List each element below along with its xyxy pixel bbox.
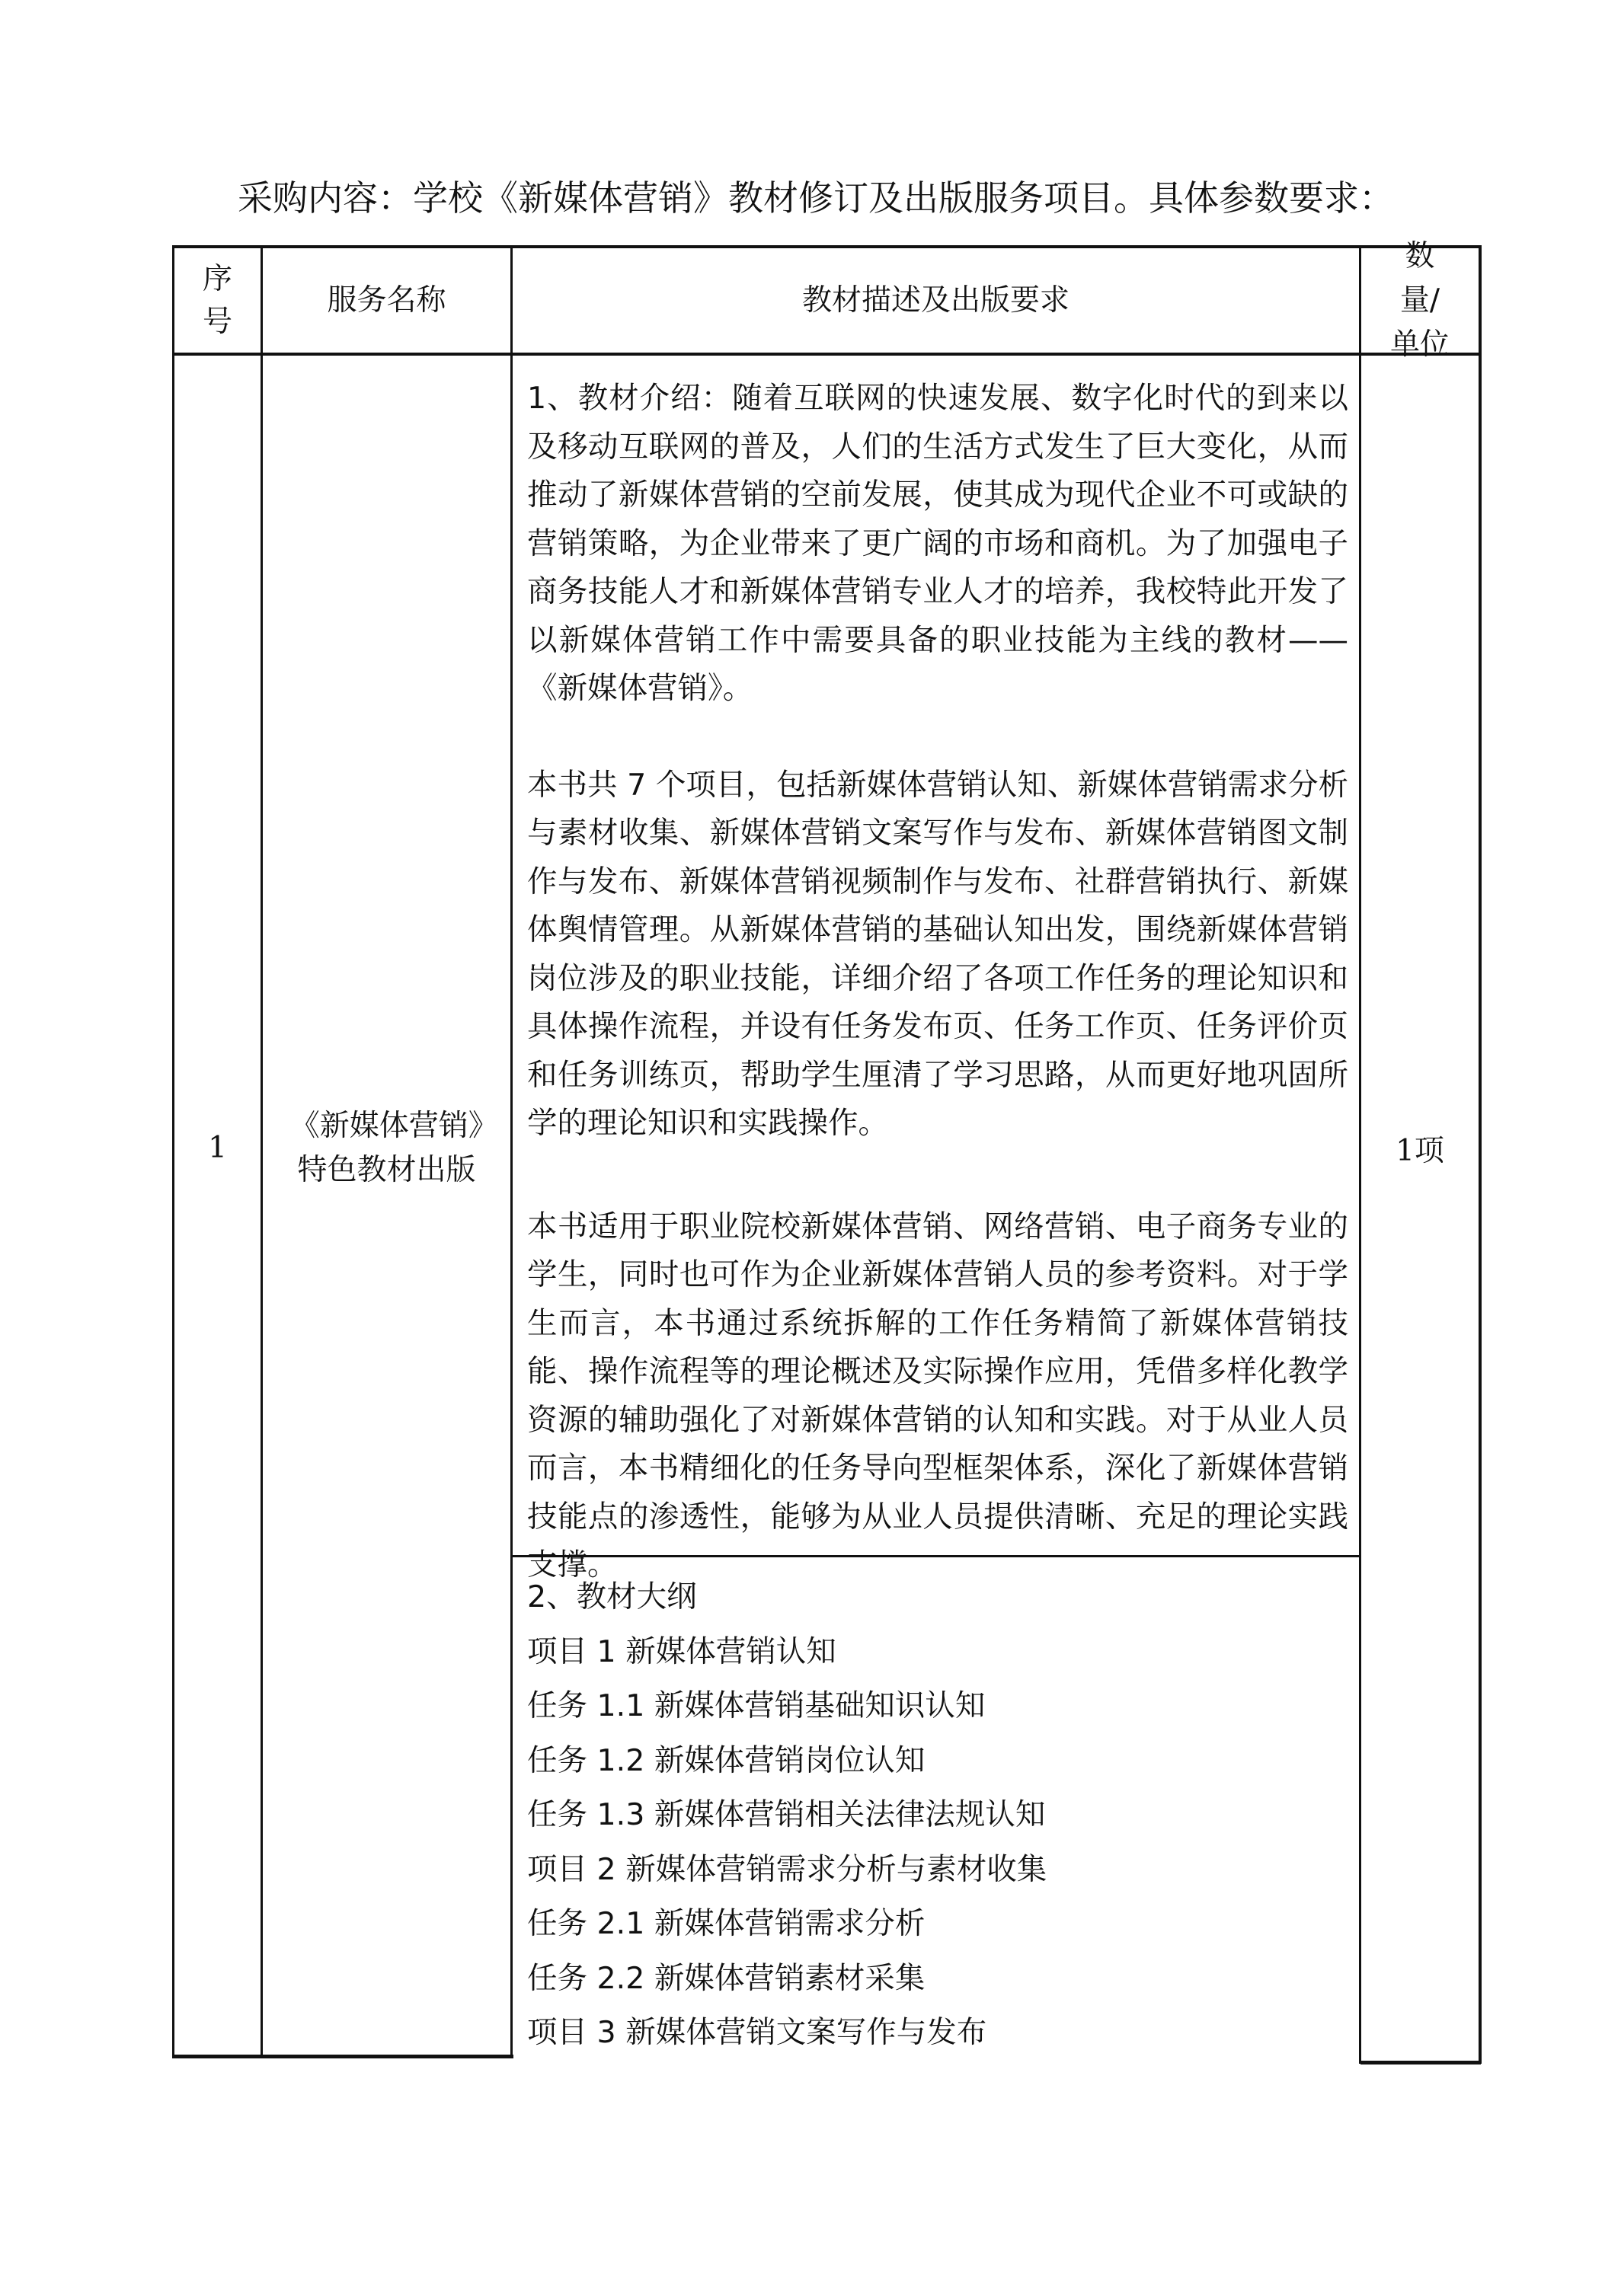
outline-item: 任务 1.1 新媒体营销基础知识认知 <box>527 1679 1348 1734</box>
header-quantity-label: 数量/单位 <box>1388 235 1452 367</box>
header-service-name: 服务名称 <box>263 248 510 353</box>
outline-item: 项目 3 新媒体营销文案写作与发布 <box>527 2006 1348 2061</box>
intro-paragraph-2: 本书共 7 个项目，包括新媒体营销认知、新媒体营销需求分析与素材收集、新媒体营销… <box>527 762 1348 1148</box>
col-divider-2 <box>510 245 513 2058</box>
outline-item: 任务 2.1 新媒体营销需求分析 <box>527 1897 1348 1952</box>
outline-item: 项目 1 新媒体营销认知 <box>527 1625 1348 1680</box>
intro-paragraph-3: 本书适用于职业院校新媒体营销、网络营销、电子商务专业的学生，同时也可作为企业新媒… <box>527 1203 1348 1590</box>
outline-item: 任务 1.3 新媒体营销相关法律法规认知 <box>527 1788 1348 1843</box>
row-1-service-name: 《新媒体营销》特色教材出版 <box>263 356 510 2055</box>
row-1-service-name-value: 《新媒体营销》特色教材出版 <box>284 1104 490 1193</box>
header-seq: 序号 <box>174 248 261 353</box>
table-bottom-border-left <box>172 2055 513 2058</box>
procurement-table: 序号 服务名称 教材描述及出版要求 数量/单位 1 《新媒体营销》特色教材出版 … <box>172 245 1481 2058</box>
header-service-name-label: 服务名称 <box>327 279 446 323</box>
page-title: 采购内容：学校《新媒体营销》教材修订及出版服务项目。具体参数要求： <box>238 174 1456 222</box>
header-description-label: 教材描述及出版要求 <box>802 279 1069 323</box>
row-1-description-outline: 2、教材大纲 项目 1 新媒体营销认知 任务 1.1 新媒体营销基础知识认知 任… <box>527 1570 1348 2061</box>
outline-item: 项目 2 新媒体营销需求分析与素材收集 <box>527 1843 1348 1898</box>
outline-heading: 2、教材大纲 <box>527 1570 1348 1625</box>
row-1-quantity: 1项 <box>1361 356 1479 2061</box>
row-1-seq-value: 1 <box>208 1126 227 1170</box>
header-description: 教材描述及出版要求 <box>513 248 1359 353</box>
row-1-seq: 1 <box>174 356 261 2055</box>
outline-item: 任务 2.2 新媒体营销素材采集 <box>527 1952 1348 2007</box>
outline-item: 任务 1.2 新媒体营销岗位认知 <box>527 1734 1348 1789</box>
header-seq-label: 序号 <box>202 258 234 343</box>
header-quantity: 数量/单位 <box>1361 248 1479 353</box>
table-bottom-border-right <box>1360 2061 1481 2064</box>
row-1-quantity-value: 1项 <box>1396 1129 1444 1174</box>
row-1-description-intro: 1、教材介绍：随着互联网的快速发展、数字化时代的到来以及移动互联网的普及，人们的… <box>527 375 1348 1590</box>
intro-paragraph-1: 1、教材介绍：随着互联网的快速发展、数字化时代的到来以及移动互联网的普及，人们的… <box>527 375 1348 714</box>
table-right-border <box>1479 245 1482 2064</box>
